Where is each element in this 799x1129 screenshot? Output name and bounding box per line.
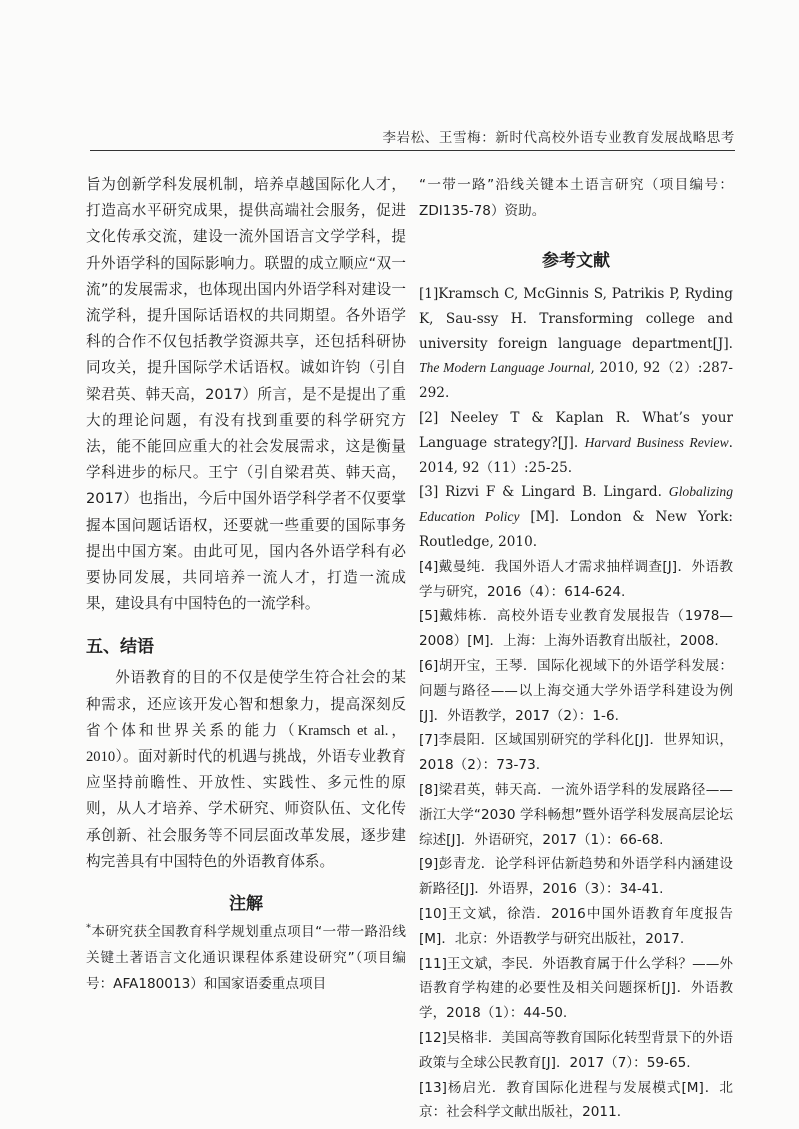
right-column: “一带一路”沿线关键本土语言研究（项目编号：ZDI135-78）资助。 参考文献… — [419, 172, 733, 1125]
conclusion-text-post: ）。面对新时代的机遇与挑战，外语专业教育应坚持前瞻性、开放性、实践性、多元性的原… — [86, 748, 406, 870]
reference-item: [12]吴格非．美国高等教育国际化转型背景下的外语政策与全球公民教育[J]．20… — [419, 1026, 733, 1076]
reference-text: [12]吴格非．美国高等教育国际化转型背景下的外语政策与全球公民教育[J]．20… — [419, 1030, 733, 1071]
references-heading: 参考文献 — [419, 246, 733, 276]
reference-item: [3] Rizvi F & Lingard B. Lingard. Global… — [419, 480, 733, 554]
reference-item: [4]戴曼纯．我国外语人才需求抽样调查[J]．外语教学与研究，2016（4）：6… — [419, 555, 733, 605]
body-paragraph: 旨为创新学科发展机制，培养卓越国际化人才，打造高水平研究成果，提供高端社会服务，… — [86, 172, 406, 617]
reference-item: [11]王文斌，李民．外语教育属于什么学科？——外语教育学构建的必要性及相关问题… — [419, 952, 733, 1026]
reference-journal: Harvard Business Review — [585, 435, 729, 450]
reference-text: [11]王文斌，李民．外语教育属于什么学科？——外语教育学构建的必要性及相关问题… — [419, 956, 733, 1022]
reference-journal: The Modern Language Journal — [419, 360, 590, 375]
reference-text: [7]李晨阳．区域国别研究的学科化[J]．世界知识，2018（2）：73-73. — [419, 732, 733, 773]
left-column: 旨为创新学科发展机制，培养卓越国际化人才，打造高水平研究成果，提供高端社会服务，… — [86, 172, 406, 997]
reference-item: [5]戴炜栋．高校外语专业教育发展报告（1978—2008）[M]．上海：上海外… — [419, 604, 733, 654]
reference-text: [10]王文斌，徐浩．2016中国外语教育年度报告[M]．北京：外语教学与研究出… — [419, 906, 733, 947]
notes-heading: 注解 — [86, 889, 406, 919]
reference-item: [6]胡开宝，王琴．国际化视域下的外语学科发展：问题与路径——以上海交通大学外语… — [419, 654, 733, 728]
footnote-text: 本研究获全国教育科学规划重点项目“一带一路沿线关键土著语言文化通识课程体系建设研… — [86, 924, 406, 992]
reference-item: [10]王文斌，徐浩．2016中国外语教育年度报告[M]．北京：外语教学与研究出… — [419, 902, 733, 952]
reference-text: [9]彭青龙．论学科评估新趋势和外语学科内涵建设新路径[J]．外语界，2016（… — [419, 856, 733, 897]
reference-text: [3] Rizvi F & Lingard B. Lingard. — [419, 484, 669, 500]
reference-item: [13]杨启光．教育国际化进程与发展模式[M]．北京：社会科学文献出版社，201… — [419, 1076, 733, 1126]
section-heading-conclusion: 五、结语 — [86, 635, 406, 659]
running-header: 李岩松、王雪梅：新时代高校外语专业教育发展战略思考 — [90, 126, 735, 146]
reference-text: [4]戴曼纯．我国外语人才需求抽样调查[J]．外语教学与研究，2016（4）：6… — [419, 559, 733, 600]
header-rule — [90, 150, 735, 151]
reference-item: [9]彭青龙．论学科评估新趋势和外语学科内涵建设新路径[J]．外语界，2016（… — [419, 852, 733, 902]
reference-text: [13]杨启光．教育国际化进程与发展模式[M]．北京：社会科学文献出版社，201… — [419, 1080, 733, 1121]
reference-item: [7]李晨阳．区域国别研究的学科化[J]．世界知识，2018（2）：73-73. — [419, 728, 733, 778]
reference-text: [5]戴炜栋．高校外语专业教育发展报告（1978—2008）[M]．上海：上海外… — [419, 608, 733, 649]
reference-text: [6]胡开宝，王琴．国际化视域下的外语学科发展：问题与路径——以上海交通大学外语… — [419, 658, 733, 724]
conclusion-paragraph: 外语教育的目的不仅是使学生符合社会的某种需求，还应该开发心智和想象力，提高深刻反… — [86, 665, 406, 875]
reference-text: [8]梁君英，韩天高．一流外语学科的发展路径——浙江大学“2030 学科畅想”暨… — [419, 782, 733, 848]
reference-item: [8]梁君英，韩天高．一流外语学科的发展路径——浙江大学“2030 学科畅想”暨… — [419, 778, 733, 852]
footnote: *本研究获全国教育科学规划重点项目“一带一路沿线关键土著语言文化通识课程体系建设… — [86, 919, 406, 997]
reference-item: [2] Neeley T & Kaplan R. What’s your Lan… — [419, 406, 733, 480]
footnote-continued: “一带一路”沿线关键本土语言研究（项目编号：ZDI135-78）资助。 — [419, 172, 733, 224]
reference-text: [1]Kramsch C, McGinnis S, Patrikis P, Ry… — [419, 286, 733, 352]
references-list: [1]Kramsch C, McGinnis S, Patrikis P, Ry… — [419, 282, 733, 1125]
reference-item: [1]Kramsch C, McGinnis S, Patrikis P, Ry… — [419, 282, 733, 406]
